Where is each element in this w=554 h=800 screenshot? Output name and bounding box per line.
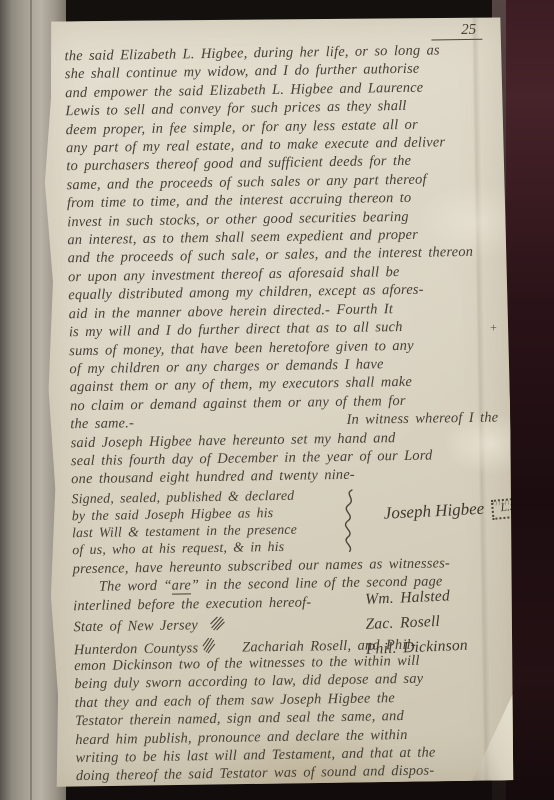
manuscript-page: 25 the said Elizabeth L. Higbee, during … xyxy=(40,14,516,787)
testator-signature: Joseph HigbeeL.S. xyxy=(383,496,516,526)
witness-signature: Phil. Dickinson xyxy=(365,633,468,662)
lower-section: The word “are” in the second line of the… xyxy=(73,572,504,786)
interlined-word: are xyxy=(172,577,192,594)
witness-clause-left: the same.- xyxy=(70,414,134,433)
county-ss-flourish-icon xyxy=(202,636,216,660)
jurat-lines: emon Dickinson two of the witnesses to t… xyxy=(74,650,504,786)
manuscript-text-area: 25 the said Elizabeth L. Higbee, during … xyxy=(64,21,504,788)
state-brace-icon xyxy=(208,615,226,637)
will-paragraph-1: the said Elizabeth L. Higbee, during her… xyxy=(64,41,498,416)
jurat-state: State of New Jersey xyxy=(73,617,198,635)
witness-signatures: Wm. HalstedZac. RosellPhil. Dickinson xyxy=(365,584,468,661)
testator-signature-name: Joseph Higbee xyxy=(383,498,484,522)
margin-cross-mark: + xyxy=(490,321,497,336)
witness-clause-right: In witness whereof I the xyxy=(346,409,498,430)
manuscript-line: of us, who at his request, & in his xyxy=(72,536,372,558)
attestation-lines: Signed, sealed, published & declaredby t… xyxy=(71,485,372,558)
book-scan-stage: 25 the said Elizabeth L. Higbee, during … xyxy=(0,0,554,800)
will-paragraph-2: said Joseph Higbee have hereunto set my … xyxy=(71,427,500,489)
attestation-block: Signed, sealed, published & declaredby t… xyxy=(71,483,500,560)
interlineation-pre: The word “ xyxy=(99,578,172,595)
page-number: 25 xyxy=(431,21,482,41)
attestation-brace-icon xyxy=(339,487,360,558)
